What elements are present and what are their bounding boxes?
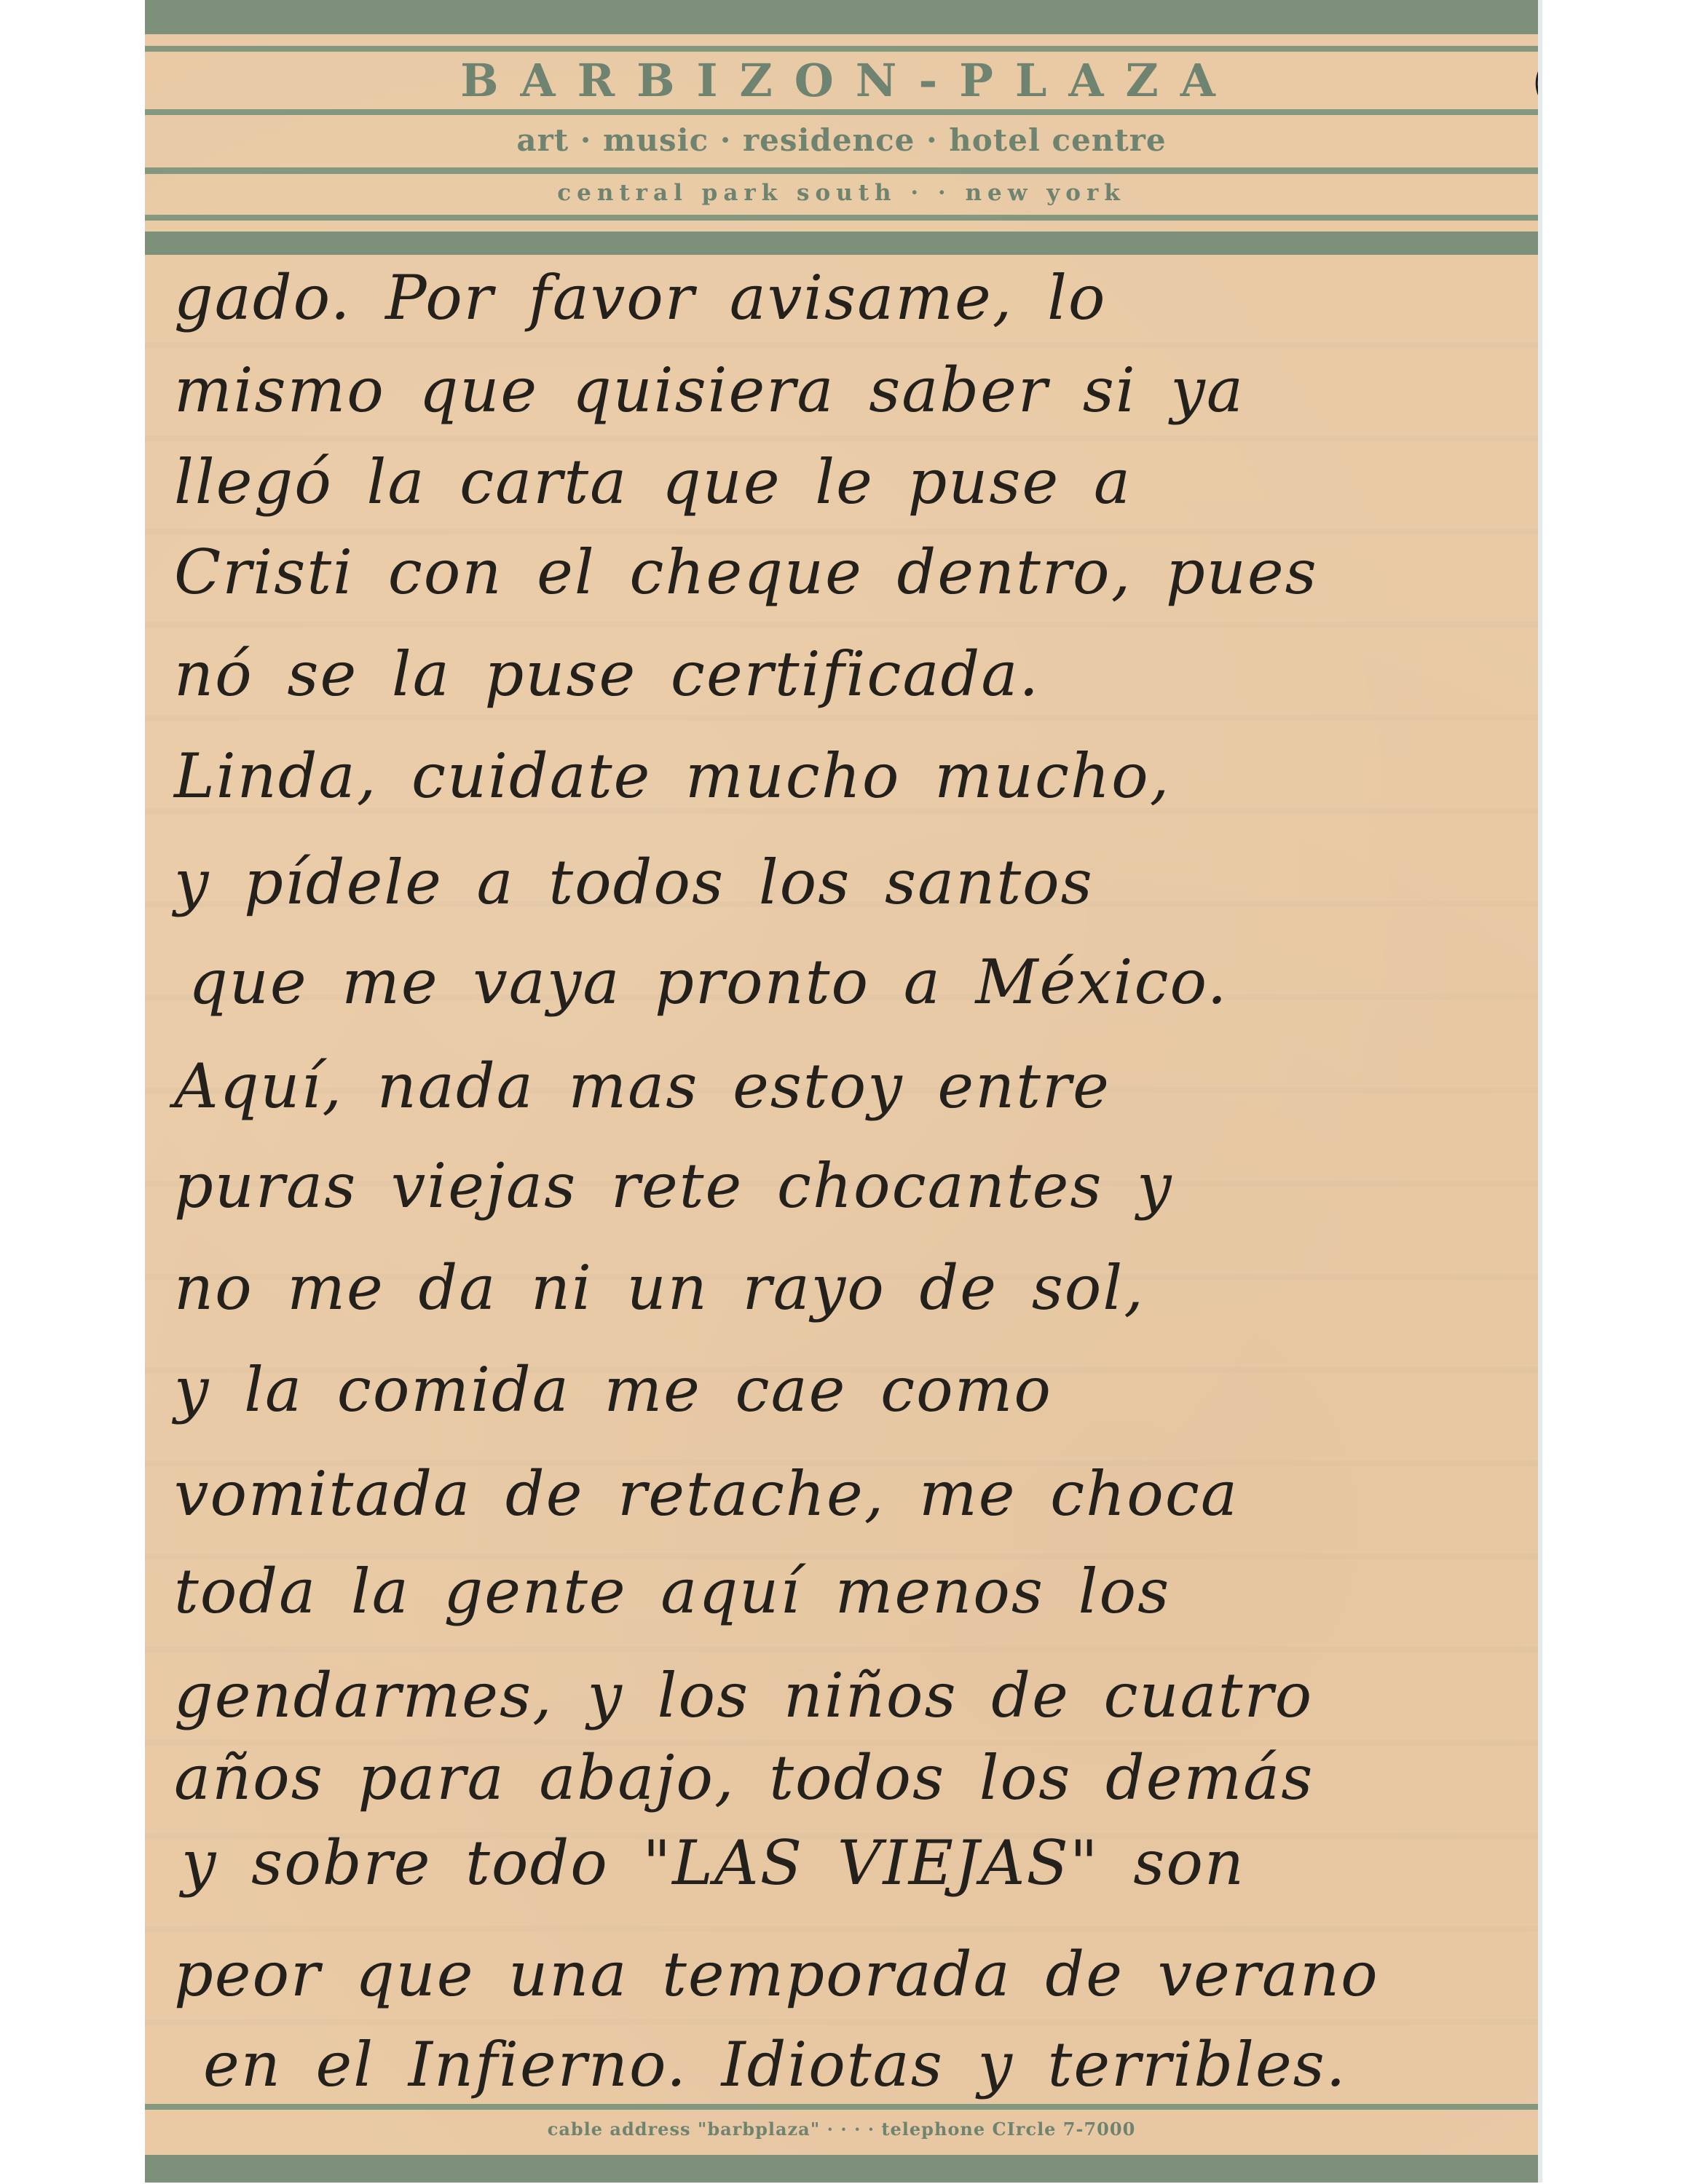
letterhead-address: central park south · · new york — [145, 177, 1538, 209]
footer-rule — [145, 2104, 1538, 2110]
header-rule-2 — [145, 109, 1538, 115]
handwritten-line: puras viejas rete chocantes y — [145, 1150, 1538, 1222]
letterhead-tagline: art · music · residence · hotel centre — [145, 120, 1538, 161]
paper-edge-shadow — [1538, 0, 1542, 2183]
handwritten-line: gendarmes, y los niños de cuatro — [145, 1660, 1538, 1731]
handwritten-line: y pídele a todos los santos — [145, 847, 1538, 918]
header-top-band — [145, 0, 1538, 34]
letter-page: BARBIZON-PLAZA art · music · residence ·… — [145, 0, 1538, 2183]
handwritten-line: nó se la puse certificada. — [145, 638, 1538, 710]
handwritten-line: llegó la carta que le puse a — [145, 446, 1538, 518]
handwritten-line: años para abajo, todos los demás — [145, 1742, 1538, 1813]
handwritten-line: y la comida me cae como — [145, 1354, 1538, 1425]
handwritten-line: mismo que quisiera saber si ya — [145, 355, 1538, 426]
header-rule-3 — [145, 167, 1538, 174]
handwritten-line: gado. Por favor avisame, lo — [145, 262, 1538, 333]
handwritten-line: en el Infierno. Idiotas y terribles. — [145, 2029, 1538, 2100]
handwritten-line: Linda, cuidate mucho mucho, — [145, 740, 1538, 812]
letterhead-title: BARBIZON-PLAZA — [145, 55, 1538, 106]
handwritten-line: Cristi con el cheque dentro, pues — [145, 537, 1538, 608]
footer-contact: cable address "barbplaza" · · · · teleph… — [145, 2115, 1538, 2144]
handwritten-line: que me vaya pronto a México. — [145, 946, 1538, 1018]
footer-bottom-band — [145, 2155, 1538, 2183]
header-bottom-band — [145, 232, 1538, 255]
header-rule-1 — [145, 46, 1538, 52]
handwritten-line: vomitada de retache, me choca — [145, 1458, 1538, 1530]
handwritten-line: toda la gente aquí menos los — [145, 1556, 1538, 1627]
header-rule-4 — [145, 215, 1538, 221]
handwritten-line: no me da ni un rayo de sol, — [145, 1252, 1538, 1324]
handwritten-line: Aquí, nada mas estoy entre — [145, 1051, 1538, 1122]
handwritten-line: y sobre todo "LAS VIEJAS" son — [145, 1827, 1538, 1899]
handwritten-line: peor que una temporada de verano — [145, 1939, 1538, 2010]
